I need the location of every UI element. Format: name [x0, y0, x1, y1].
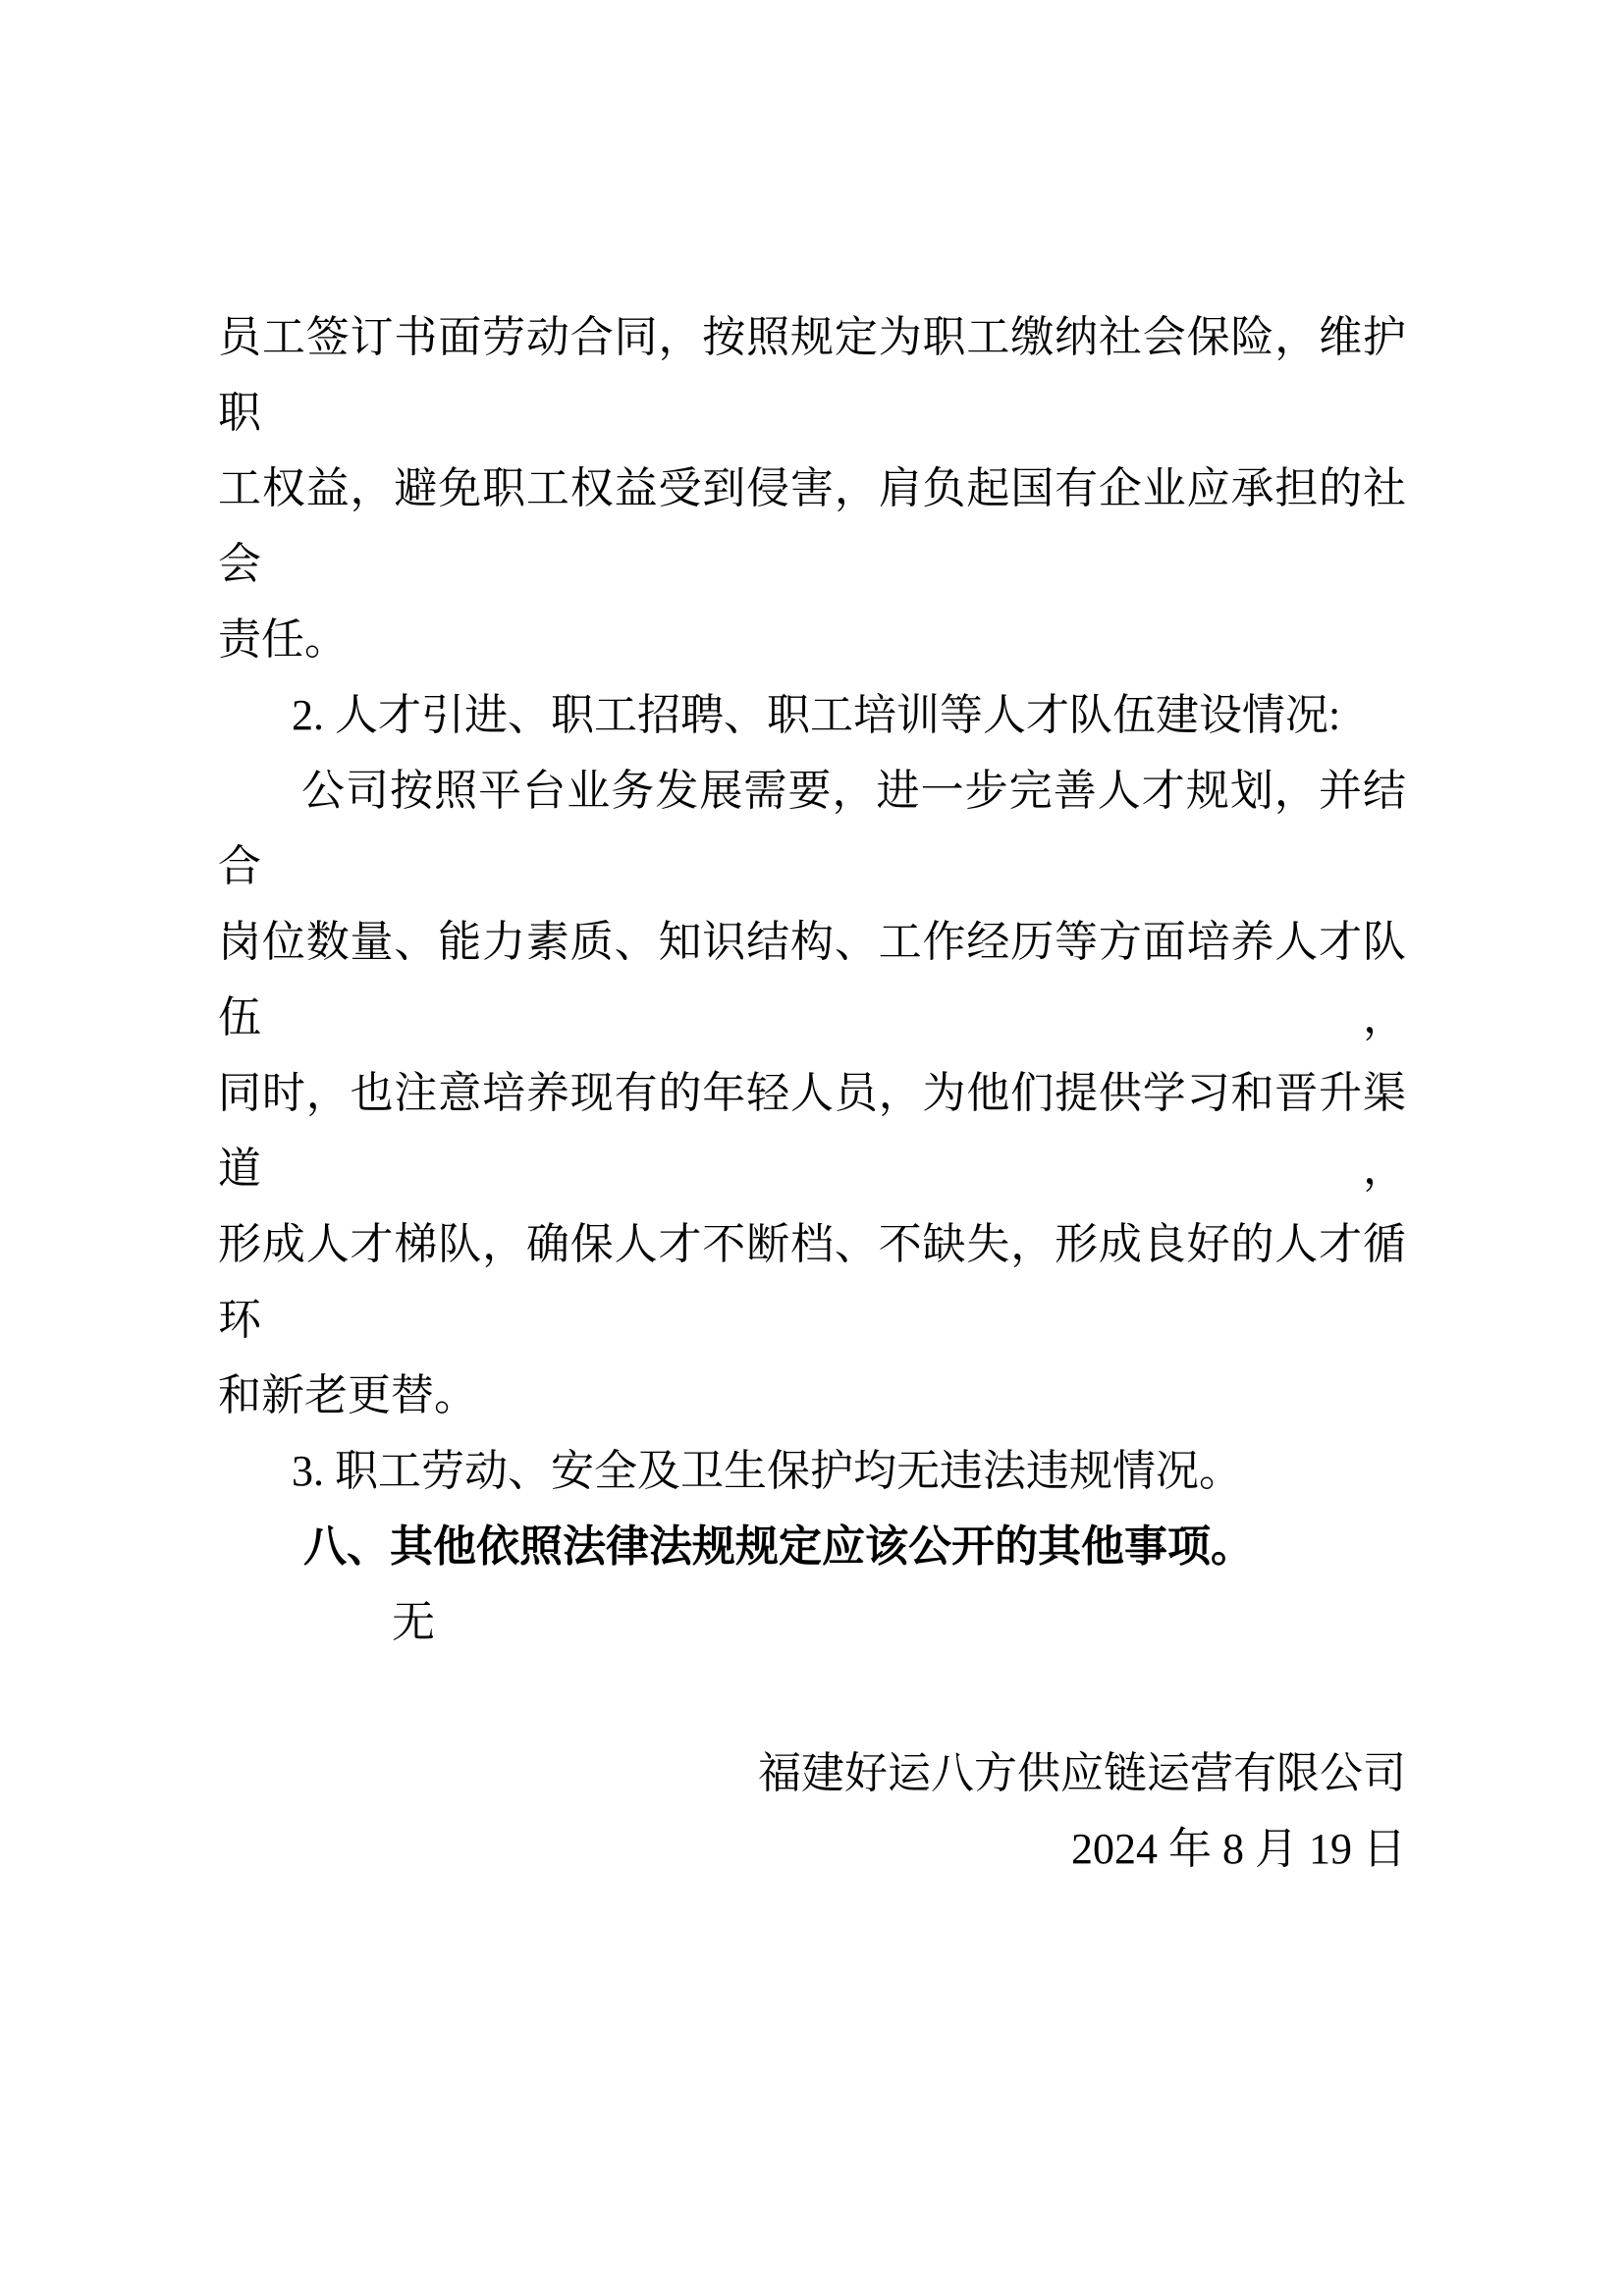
- body-line-7: 同时，也注意培养现有的年轻人员，为他们提供学习和晋升渠道，: [218, 1055, 1406, 1206]
- body-line-1: 员工签订书面劳动合同，按照规定为职工缴纳社会保险，维护职: [218, 299, 1406, 451]
- document-page: 员工签订书面劳动合同，按照规定为职工缴纳社会保险，维护职 工权益，避免职工权益受…: [0, 0, 1624, 2296]
- document-text-block: 员工签订书面劳动合同，按照规定为职工缴纳社会保险，维护职 工权益，避免职工权益受…: [218, 299, 1406, 1887]
- body-line-2: 工权益，避免职工权益受到侵害，肩负起国有企业应承担的社会: [218, 451, 1406, 602]
- body-line-8: 形成人才梯队，确保人才不断档、不缺失，形成良好的人才循环: [218, 1206, 1406, 1358]
- item-3-line: 3. 职工劳动、安全及卫生保护均无违法违规情况。: [218, 1433, 1406, 1509]
- body-line-9: 和新老更替。: [218, 1358, 1406, 1433]
- signature-company: 福建好运八方供应链运营有限公司: [218, 1735, 1406, 1811]
- blank-line: [218, 1660, 1406, 1735]
- body-line-5: 公司按照平台业务发展需要，进一步完善人才规划，并结合: [218, 753, 1406, 904]
- body-line-6: 岗位数量、能力素质、知识结构、工作经历等方面培养人才队伍，: [218, 904, 1406, 1055]
- item-2-heading: 2. 人才引进、职工招聘、职工培训等人才队伍建设情况:: [218, 677, 1406, 753]
- section-8-heading: 八、其他依照法律法规规定应该公开的其他事项。: [218, 1509, 1406, 1584]
- body-line-3: 责任。: [218, 602, 1406, 677]
- none-placeholder: 无: [218, 1584, 1406, 1660]
- signature-date: 2024 年 8 月 19 日: [218, 1811, 1406, 1887]
